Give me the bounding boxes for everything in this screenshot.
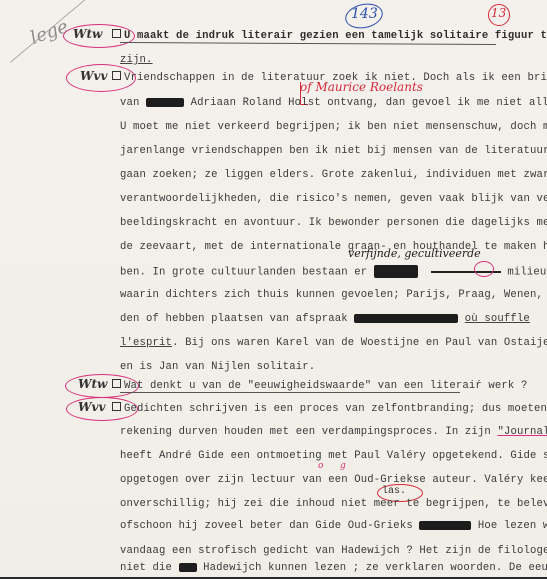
answer-2-line-5: onverschillig; hij zei die inhoud niet m… [120,498,547,510]
red-insertion: of Maurice Roelants [300,80,423,94]
underline [120,42,496,45]
answer-1-line-4: jarenlange vriendschappen ben ik niet bi… [120,145,547,157]
question-1-line-2: zijn. [120,54,153,66]
checkbox-icon [112,379,121,388]
answer-1-line-5: gaan zoeken; ze liggen elders. Grote zak… [120,169,547,181]
checkbox-icon [112,71,121,80]
answer-2-line-7: vandaag een strofisch gedicht van Hadewi… [120,545,547,557]
answer-2-line-4: opgetogen over zijn lectuur van een Oud-… [120,474,547,486]
redaction [354,314,458,323]
pink-circle [474,261,494,277]
answer-1-line-7: beeldingskracht en avontuur. Ik bewonder… [120,217,547,229]
answer-2-line-2: rekening durven houden met een verdampin… [120,426,547,438]
speaker-label: Wvv [78,400,105,414]
answer-1-line-6: verantwoordelijkheden, die risico's neme… [120,193,547,205]
answer-2-line-3: heeft André Gide een ontmoeting met Paul… [120,450,547,462]
answer-2-line-8: niet die Hadewijch kunnen lezen ; ze ver… [120,562,547,574]
redaction [374,265,418,278]
redaction [419,521,471,530]
speaker-label: Wvv [80,69,107,83]
las-insertion: las. [382,486,406,497]
checkbox-icon [112,402,121,411]
answer-1-line-8: de zeevaart, met de internationale graan… [120,241,547,253]
answer-1-line-10: waarin dichters zich thuis kunnen gevoel… [120,289,547,301]
correction-mark: g [340,461,346,471]
underline [120,392,460,393]
redaction [179,563,197,572]
checkbox-icon [112,29,121,38]
question-1-line-1: U maakt de indruk literair gezien een ta… [112,29,547,42]
correction-mark: o [318,461,323,471]
speaker-label: Wtw [73,27,102,41]
page-number-red: 13 [491,6,506,20]
black-insertion: verfijnde, gecultiveerde [348,247,481,260]
page-number-blue: 143 [351,6,378,22]
answer-2-line-6: ofschoon hij zoveel beter dan Gide Oud-G… [120,520,547,532]
answer-1-line-12: l'esprit. Bij ons waren Karel van de Woe… [120,337,547,349]
redaction [146,98,184,107]
speaker-label: Wtw [78,377,107,391]
answer-1-line-11: den of hebben plaatsen van afspraak où s… [120,313,530,325]
answer-1-line-3: U moet me niet verkeerd begrijpen; ik be… [120,121,547,133]
answer-1-line-2: van Adriaan Roland Holst ontvang, dan ge… [120,97,547,109]
answer-1-line-13: en is Jan van Nijlen solitair. [120,361,315,373]
typescript-page: lege 143 13 Wtw U maakt de indruk litera… [0,0,547,579]
answer-2-line-1: Gedichten schrijven is een proces van ze… [112,402,547,415]
question-2-line-1: Wat denkt u van de "eeuwigheidswaarde" v… [112,379,527,392]
